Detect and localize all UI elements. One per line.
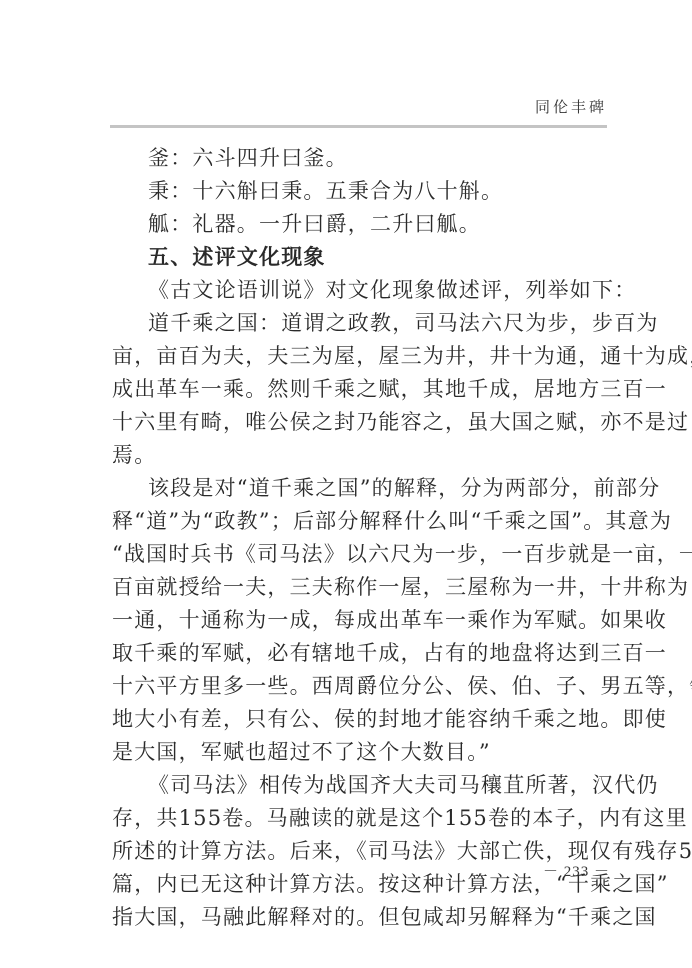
header-rule	[110, 125, 607, 128]
text-line: 成出革车一乘。然则千乘之赋，其地千成，居地方三百一	[112, 373, 609, 406]
text-line: 该段是对“道千乘之国”的解释，分为两部分，前部分	[112, 472, 609, 505]
text-line: 觚：礼器。一升曰爵，二升曰觚。	[112, 208, 609, 241]
text-line: 是大国，军赋也超过不了这个大数目。”	[112, 736, 609, 769]
text-line: 所述的计算方法。后来，《司马法》大部亡佚，现仅有残存5	[112, 835, 609, 868]
page-number: － 233 －	[540, 860, 610, 881]
text-line: 《古文论语训说》对文化现象做述评，列举如下：	[112, 274, 609, 307]
text-line: 篇，内已无这种计算方法。按这种计算方法，“千乘之国”	[112, 868, 609, 901]
text-line: “战国时兵书《司马法》以六尺为一步，一百步就是一亩，一	[112, 538, 609, 571]
text-line: 《司马法》相传为战国齐大夫司马穰苴所著，汉代仍	[112, 769, 609, 802]
text-line: 十六平方里多一些。西周爵位分公、侯、伯、子、男五等，领	[112, 670, 609, 703]
text-line: 存，共155卷。马融读的就是这个155卷的本子，内有这里	[112, 802, 609, 835]
text-line: 百亩就授给一夫，三夫称作一屋，三屋称为一井，十井称为	[112, 571, 609, 604]
text-line: 亩，亩百为夫，夫三为屋，屋三为井，井十为通，通十为成，	[112, 340, 609, 373]
text-line: 釜：六斗四升曰釜。	[112, 142, 609, 175]
body-text: 釜：六斗四升曰釜。 秉：十六斛曰秉。五秉合为八十斛。 觚：礼器。一升曰爵，二升曰…	[112, 142, 609, 934]
section-heading: 五、述评文化现象	[112, 241, 609, 274]
text-line: 指大国，马融此解释对的。但包咸却另解释为“千乘之国	[112, 901, 609, 934]
text-line: 焉。	[112, 439, 609, 472]
text-line: 释“道”为“政教”；后部分解释什么叫“千乘之国”。其意为	[112, 505, 609, 538]
text-line: 取千乘的军赋，必有辖地千成，占有的地盘将达到三百一	[112, 637, 609, 670]
text-line: 十六里有畸，唯公侯之封乃能容之，虽大国之赋，亦不是过	[112, 406, 609, 439]
book-page: 同伦丰碑 釜：六斗四升曰釜。 秉：十六斛曰秉。五秉合为八十斛。 觚：礼器。一升曰…	[0, 0, 692, 968]
text-line: 道千乘之国：道谓之政教，司马法六尺为步，步百为	[112, 307, 609, 340]
running-head-title: 同伦丰碑	[110, 96, 607, 117]
text-line: 一通，十通称为一成，每成出革车一乘作为军赋。如果收	[112, 604, 609, 637]
text-line: 秉：十六斛曰秉。五秉合为八十斛。	[112, 175, 609, 208]
text-line: 地大小有差，只有公、侯的封地才能容纳千乘之地。即使	[112, 703, 609, 736]
